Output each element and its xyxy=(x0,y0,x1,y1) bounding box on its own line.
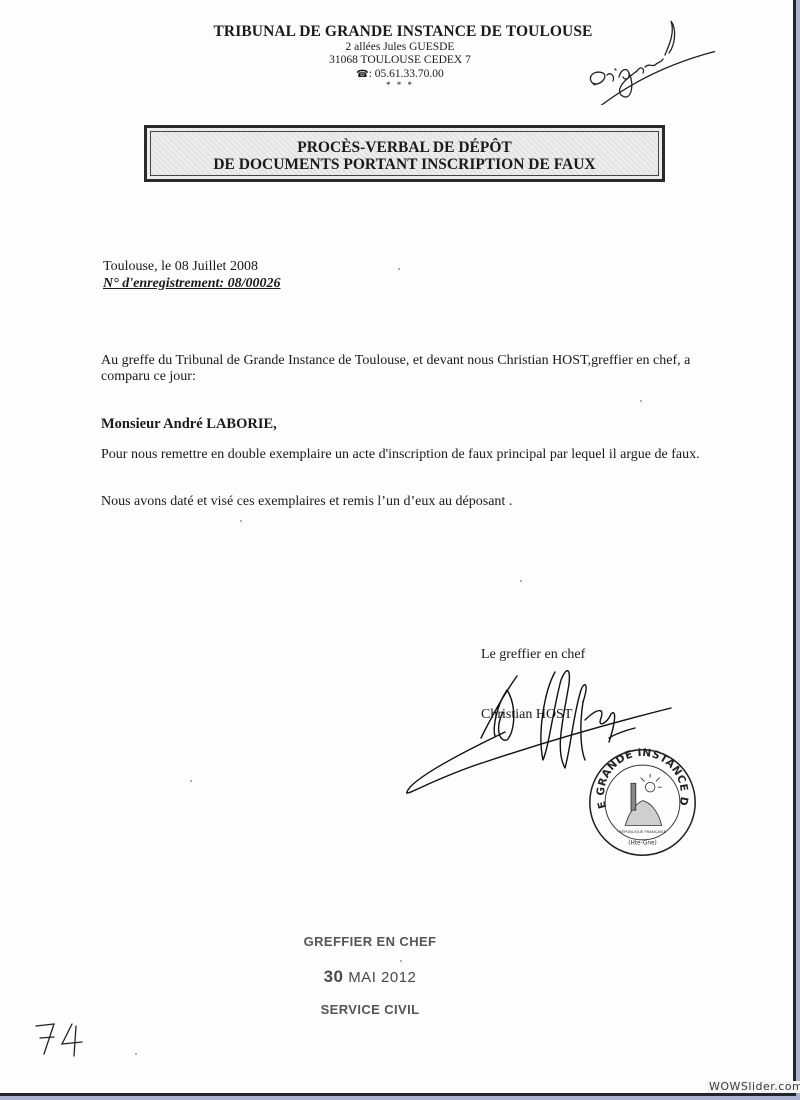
stamp-day: 30 xyxy=(324,967,344,986)
title-line-1: PROCÈS-VERBAL DE DÉPÔT xyxy=(151,139,658,156)
header-separator: * * * xyxy=(180,81,620,90)
stamp-month-year: MAI 2012 xyxy=(348,969,416,986)
court-header: TRIBUNAL DE GRANDE INSTANCE DE TOULOUSE … xyxy=(180,24,620,90)
scan-speck xyxy=(520,580,522,582)
scan-speck xyxy=(135,1053,137,1055)
phone-number: : 05.61.33.70.00 xyxy=(369,68,444,80)
address-line-2: 31068 TOULOUSE CEDEX 7 xyxy=(180,55,620,67)
court-name: TRIBUNAL DE GRANDE INSTANCE DE TOULOUSE xyxy=(186,24,620,40)
scan-speck xyxy=(240,520,242,522)
handwritten-original-note xyxy=(585,15,715,105)
stamp-office: GREFFIER EN CHEF xyxy=(280,934,460,949)
watermark-link[interactable]: WOWSlider.com xyxy=(707,1081,800,1093)
scan-speck xyxy=(640,400,642,402)
registration-number: N° d'enregistrement: 08/00026 xyxy=(103,276,280,292)
stamp-date: 30 MAI 2012 xyxy=(280,967,460,987)
court-seal: TRIBUNAL DE GRANDE INSTANCE DE TOULOUSE … xyxy=(585,745,700,860)
stamp-service: SERVICE CIVIL xyxy=(280,1002,460,1017)
place-date: Toulouse, le 08 Juillet 2008 xyxy=(103,259,258,275)
title-line-2: DE DOCUMENTS PORTANT INSCRIPTION DE FAUX xyxy=(151,156,658,173)
svg-text:TRIBUNAL DE GRANDE INSTANCE DE: TRIBUNAL DE GRANDE INSTANCE DE TOULOUSE xyxy=(585,745,690,810)
telephone-icon: ☎ xyxy=(356,69,368,80)
paragraph-acknowledgement: Nous avons daté et visé ces exemplaires … xyxy=(101,494,707,510)
scan-speck xyxy=(190,780,192,782)
scan-speck xyxy=(400,960,402,962)
handwritten-page-number: 74 xyxy=(32,1020,92,1060)
frame-glow-right xyxy=(796,0,800,1100)
seal-ring-text: TRIBUNAL DE GRANDE INSTANCE DE TOULOUSE xyxy=(585,745,690,810)
address-line-1: 2 allées Jules GUESDE xyxy=(180,42,620,54)
frame-glow-bottom xyxy=(0,1096,800,1100)
paragraph-purpose: Pour nous remettre en double exemplaire … xyxy=(101,447,707,463)
document-page: TRIBUNAL DE GRANDE INSTANCE DE TOULOUSE … xyxy=(0,0,793,1093)
seal-bottom-text: (Hte-Gne) xyxy=(628,841,657,847)
appearing-person: Monsieur André LABORIE, xyxy=(101,416,277,433)
seal-inner-text: RÉPUBLIQUE FRANÇAISE xyxy=(619,829,667,834)
phone-line: ☎: 05.61.33.70.00 xyxy=(180,69,620,81)
scan-speck xyxy=(398,268,400,270)
document-title-box: PROCÈS-VERBAL DE DÉPÔT DE DOCUMENTS PORT… xyxy=(144,125,665,182)
paragraph-appearance: Au greffe du Tribunal de Grande Instance… xyxy=(101,353,707,385)
